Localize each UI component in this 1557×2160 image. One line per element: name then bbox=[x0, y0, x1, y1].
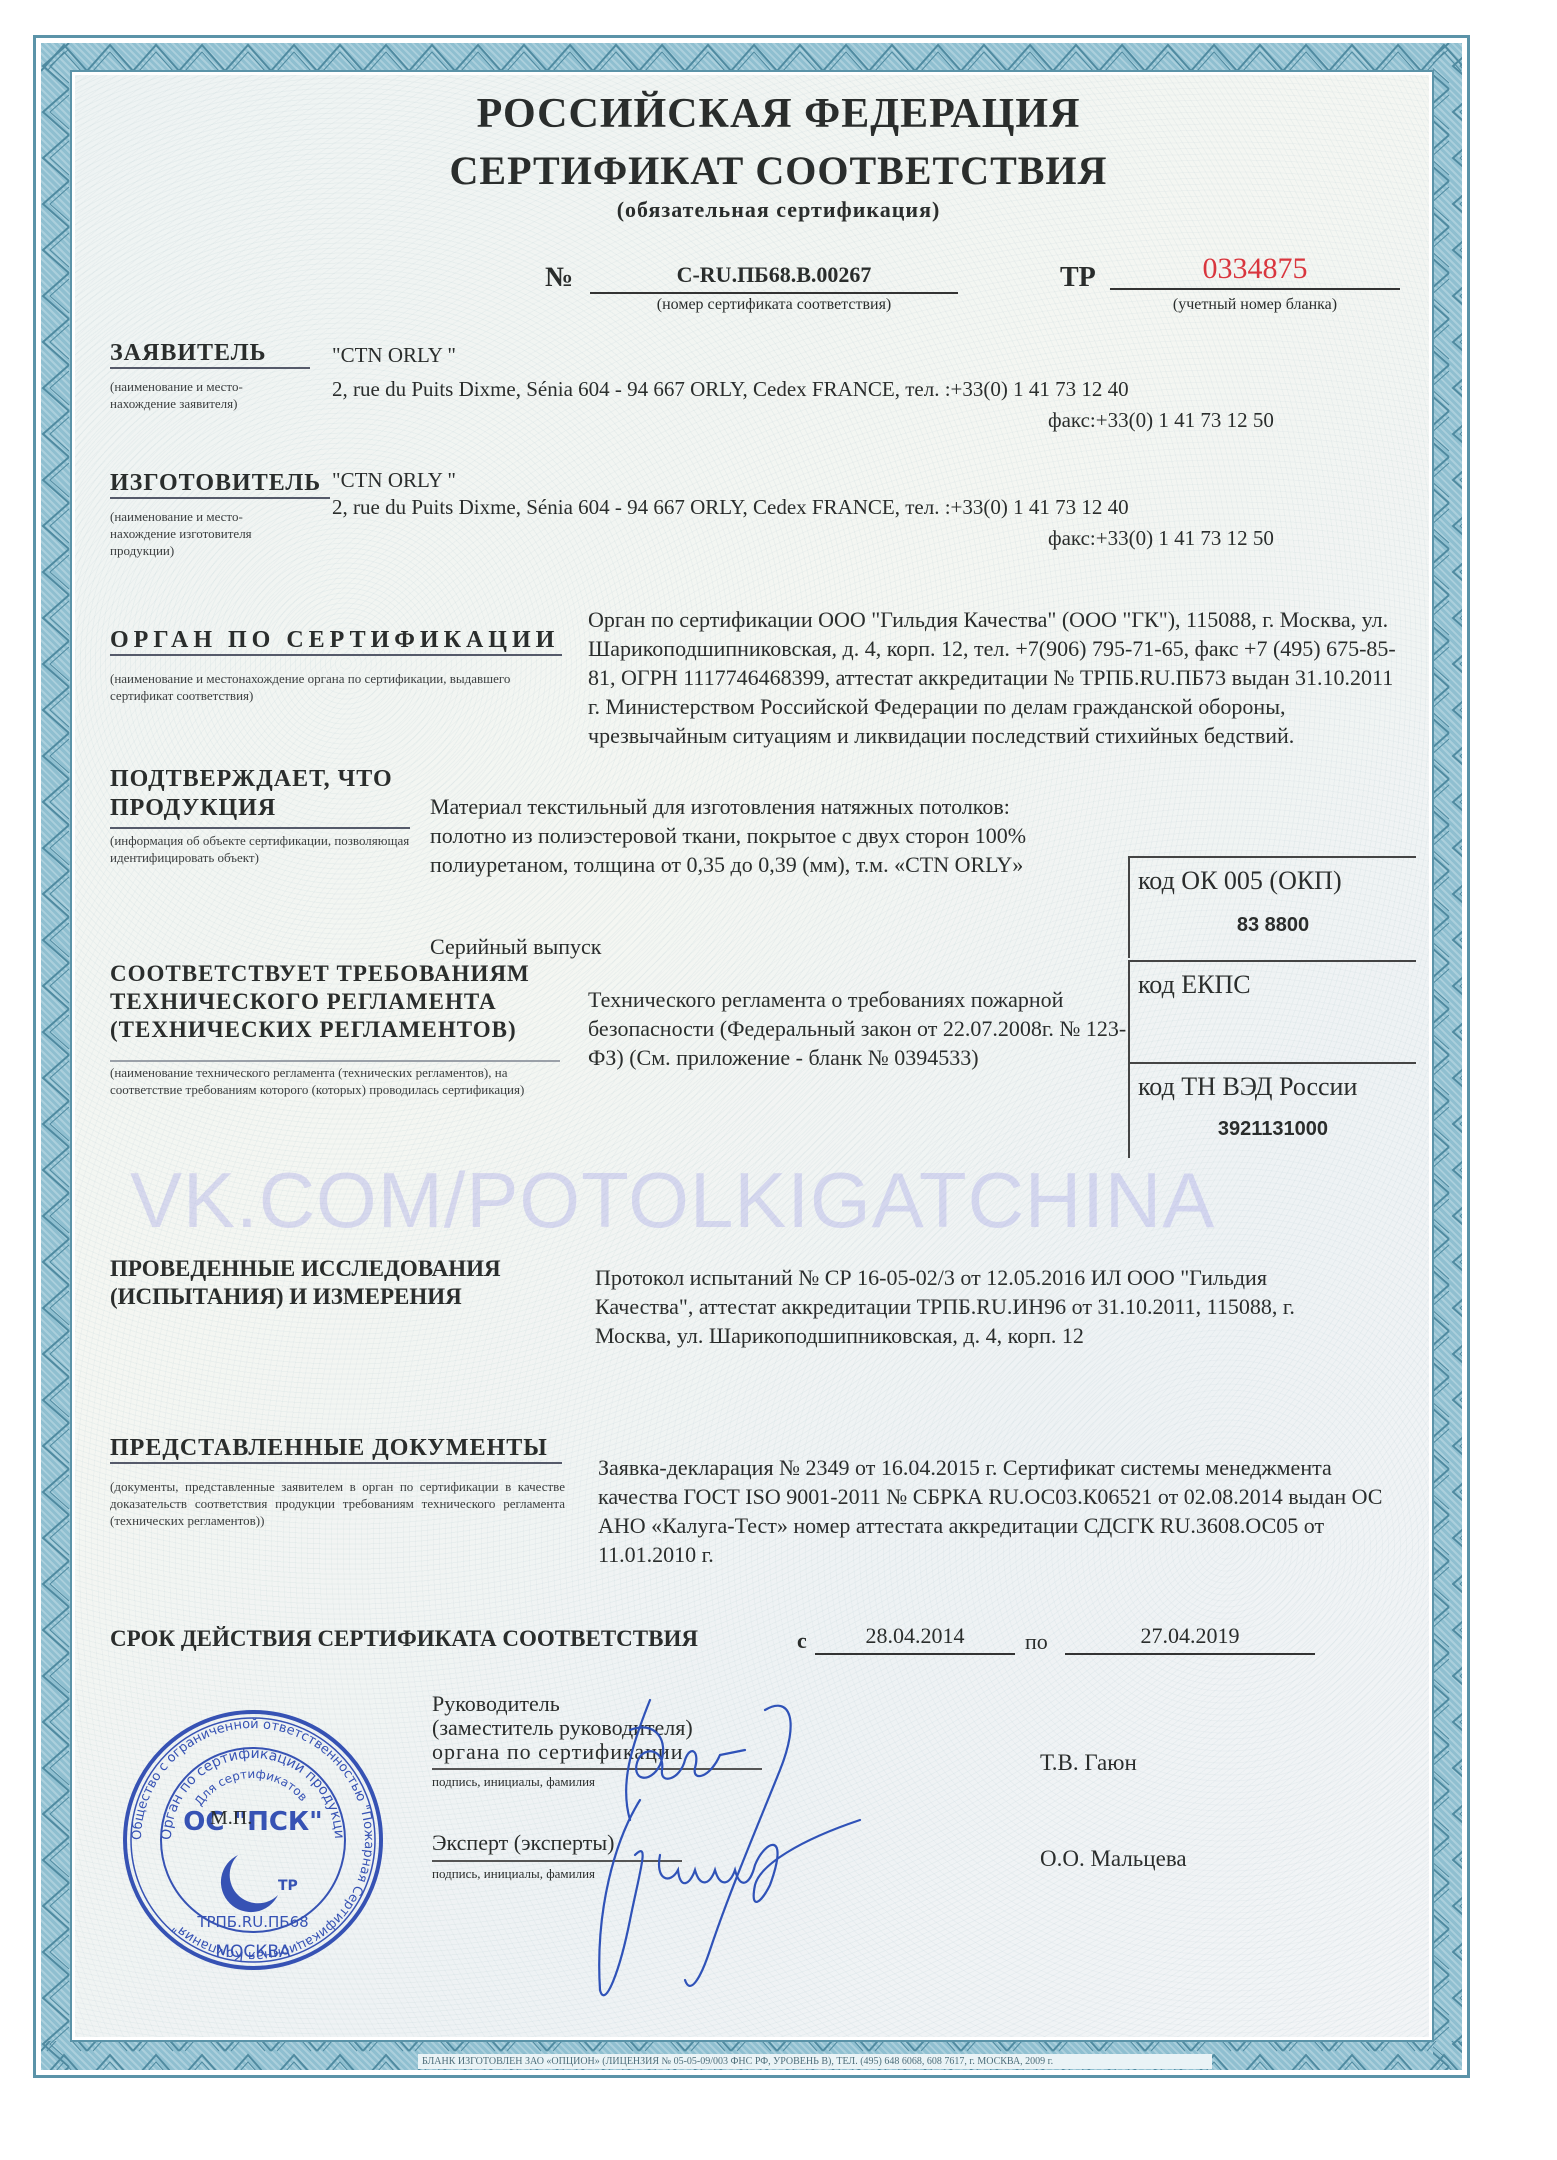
applicant-caption: (наименование и место-нахождение заявите… bbox=[110, 378, 300, 412]
regulation-text: Технического регламента о требованиях по… bbox=[588, 985, 1128, 1072]
stamp-registration: ТРПБ.RU.ПБ68 bbox=[196, 1913, 308, 1931]
head-signature-stroke bbox=[626, 1700, 745, 1820]
product-label-underline bbox=[110, 827, 410, 829]
certificate-number-caption: (номер сертификата соответствия) bbox=[590, 296, 958, 314]
tests-label: ПРОВЕДЕННЫЕ ИССЛЕДОВАНИЯ (ИСПЫТАНИЯ) И И… bbox=[110, 1255, 580, 1311]
stamp-center-text: ОС "ПСК" bbox=[183, 1807, 322, 1837]
applicant-name: "CTN ORLY " bbox=[332, 343, 456, 368]
blank-imprint: БЛАНК ИЗГОТОВЛЕН ЗАО «ОПЦИОН» (ЛИЦЕНЗИЯ … bbox=[418, 2054, 1212, 2069]
code-tnved-box: код ТН ВЭД России 3921131000 bbox=[1128, 1062, 1416, 1158]
regulation-caption: (наименование технического регламента (т… bbox=[110, 1064, 530, 1098]
stamp-tr-mark: ТР bbox=[278, 1878, 298, 1894]
product-caption: (информация об объекте сертификации, поз… bbox=[110, 832, 430, 866]
document-subtitle: (обязательная сертификация) bbox=[0, 197, 1557, 223]
applicant-address: 2, rue du Puits Dixme, Sénia 604 - 94 66… bbox=[332, 377, 1129, 402]
manufacturer-fax: факс:+33(0) 1 41 73 12 50 bbox=[1048, 526, 1274, 551]
validity-label: СРОК ДЕЙСТВИЯ СЕРТИФИКАТА СООТВЕТСТВИЯ bbox=[110, 1626, 698, 1652]
applicant-fax: факс:+33(0) 1 41 73 12 50 bbox=[1048, 408, 1274, 433]
head-role-line-1: Руководитель bbox=[432, 1692, 560, 1716]
seal-place-label: М.П. bbox=[210, 1807, 252, 1830]
product-release: Серийный выпуск bbox=[430, 932, 601, 961]
code-okp-label: код ОК 005 (ОКП) bbox=[1130, 858, 1416, 896]
manufacturer-address: 2, rue du Puits Dixme, Sénia 604 - 94 66… bbox=[332, 495, 1129, 520]
code-okp-box: код ОК 005 (ОКП) 83 8800 bbox=[1128, 856, 1416, 958]
certification-body-caption: (наименование и местонахождение органа п… bbox=[110, 670, 565, 704]
blank-number: 0334875 bbox=[1110, 252, 1400, 290]
expert-signature-loop bbox=[599, 1800, 642, 1995]
tests-text: Протокол испытаний № СР 16-05-02/3 от 12… bbox=[595, 1263, 1345, 1350]
document-title: СЕРТИФИКАТ СООТВЕТСТВИЯ bbox=[0, 147, 1557, 194]
code-ekps-box: код ЕКПС bbox=[1128, 960, 1416, 1066]
seal-stamp: Общество с ограниченной ответственностью… bbox=[118, 1705, 388, 1975]
regulation-label-underline bbox=[110, 1060, 560, 1062]
validity-to-date: 27.04.2019 bbox=[1065, 1623, 1315, 1655]
number-sign: № bbox=[545, 262, 573, 294]
validity-from-label: с bbox=[797, 1628, 807, 1654]
country-title: РОССИЙСКАЯ ФЕДЕРАЦИЯ bbox=[0, 90, 1557, 138]
manufacturer-name: "CTN ORLY " bbox=[332, 468, 456, 493]
certification-body-label: ОРГАН ПО СЕРТИФИКАЦИИ bbox=[110, 627, 562, 656]
handwritten-signatures bbox=[560, 1690, 1080, 2010]
documents-label: ПРЕДСТАВЛЕННЫЕ ДОКУМЕНТЫ bbox=[110, 1435, 562, 1464]
stamp-crescent-icon bbox=[221, 1855, 278, 1912]
certificate-number: C-RU.ПБ68.В.00267 bbox=[590, 262, 958, 294]
blank-number-caption: (учетный номер бланка) bbox=[1110, 296, 1400, 314]
manufacturer-caption: (наименование и место-нахождение изготов… bbox=[110, 508, 305, 559]
product-label: ПОДТВЕРЖДАЕТ, ЧТО ПРОДУКЦИЯ bbox=[110, 765, 410, 823]
documents-caption: (документы, представленные заявителем в … bbox=[110, 1478, 565, 1529]
product-description: Материал текстильный для изготовления на… bbox=[430, 792, 1090, 879]
documents-text: Заявка-декларация № 2349 от 16.04.2015 г… bbox=[598, 1453, 1398, 1569]
validity-from-date: 28.04.2014 bbox=[815, 1623, 1015, 1655]
code-tnved-value: 3921131000 bbox=[1130, 1118, 1416, 1141]
applicant-label: ЗАЯВИТЕЛЬ bbox=[110, 340, 310, 369]
stamp-city: МОСКВА bbox=[215, 1942, 291, 1962]
code-okp-value: 83 8800 bbox=[1130, 914, 1416, 937]
certification-body-text: Орган по сертификации ООО "Гильдия Качес… bbox=[588, 605, 1398, 750]
validity-to-label: по bbox=[1025, 1629, 1048, 1655]
manufacturer-label: ИЗГОТОВИТЕЛЬ bbox=[110, 470, 330, 499]
regulation-label: СООТВЕТСТВУЕТ ТРЕБОВАНИЯМ ТЕХНИЧЕСКОГО Р… bbox=[110, 960, 565, 1044]
code-ekps-label: код ЕКПС bbox=[1130, 962, 1416, 1000]
expert-signature-stroke bbox=[659, 1820, 860, 1902]
series-label: ТР bbox=[1060, 262, 1096, 294]
vk-watermark: VK.COM/POTOLKIGATCHINA bbox=[130, 1155, 1215, 1246]
code-tnved-label: код ТН ВЭД России bbox=[1130, 1064, 1416, 1102]
